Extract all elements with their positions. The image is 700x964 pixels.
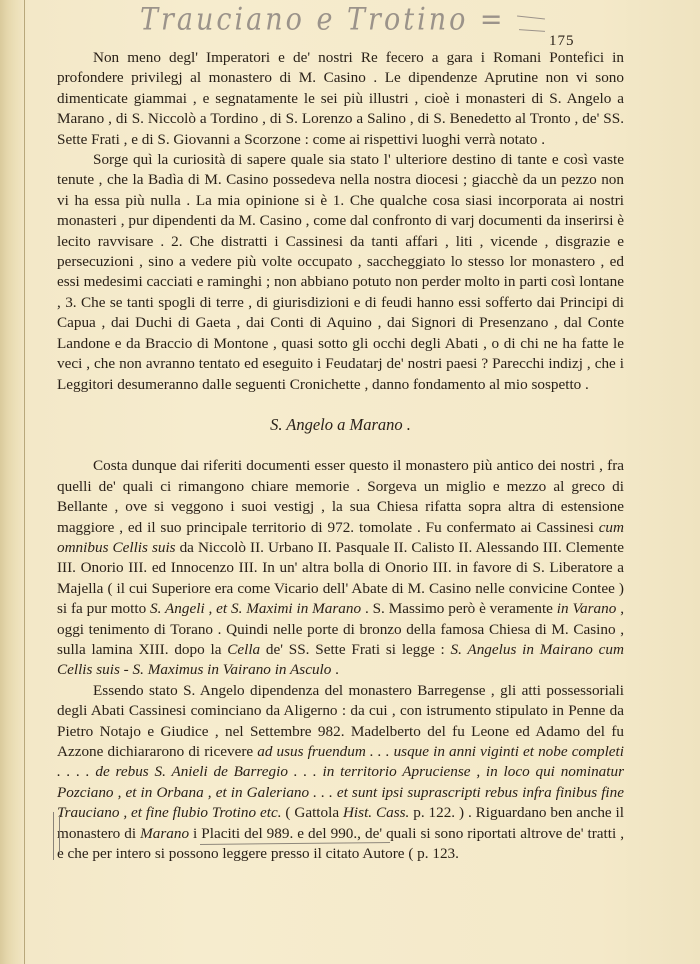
italic-text: Hist. Cass. (343, 804, 409, 821)
text-run: Sorge quì la curiosità di sapere quale s… (57, 151, 624, 392)
handwritten-pencil-note: Trauciano e Trotino = (140, 2, 506, 38)
text-run: Costa dunque dai riferiti documenti esse… (57, 457, 624, 535)
book-page: Trauciano e Trotino = 175 Non meno degl'… (0, 0, 700, 964)
text-run: . S. Massimo però è veramente (361, 600, 557, 617)
italic-text: Cella (227, 641, 260, 658)
italic-text: Marano (140, 825, 189, 842)
text-run: ( Gattola (282, 804, 343, 821)
paragraph: Essendo stato S. Angelo dipendenza del m… (57, 681, 624, 865)
book-binding-edge (0, 0, 25, 964)
paragraph: Non meno degl' Imperatori e de' nostri R… (57, 48, 624, 150)
section-heading: S. Angelo a Marano . (57, 415, 624, 435)
body-text: Non meno degl' Imperatori e de' nostri R… (57, 48, 624, 864)
paragraph: Sorge quì la curiosità di sapere quale s… (57, 150, 624, 395)
pencil-margin-line (53, 812, 54, 860)
pencil-dash-mark (517, 16, 545, 20)
italic-text: S. Angeli , et S. Maximi in Marano (150, 600, 361, 617)
pencil-margin-line (59, 815, 60, 855)
italic-text: in Varano (557, 600, 617, 617)
pencil-dash-mark (519, 29, 545, 32)
text-run: de' SS. Sette Frati si legge : (260, 641, 450, 658)
text-run: Non meno degl' Imperatori e de' nostri R… (57, 49, 624, 148)
text-run: . (331, 661, 339, 678)
paragraph: Costa dunque dai riferiti documenti esse… (57, 456, 624, 680)
